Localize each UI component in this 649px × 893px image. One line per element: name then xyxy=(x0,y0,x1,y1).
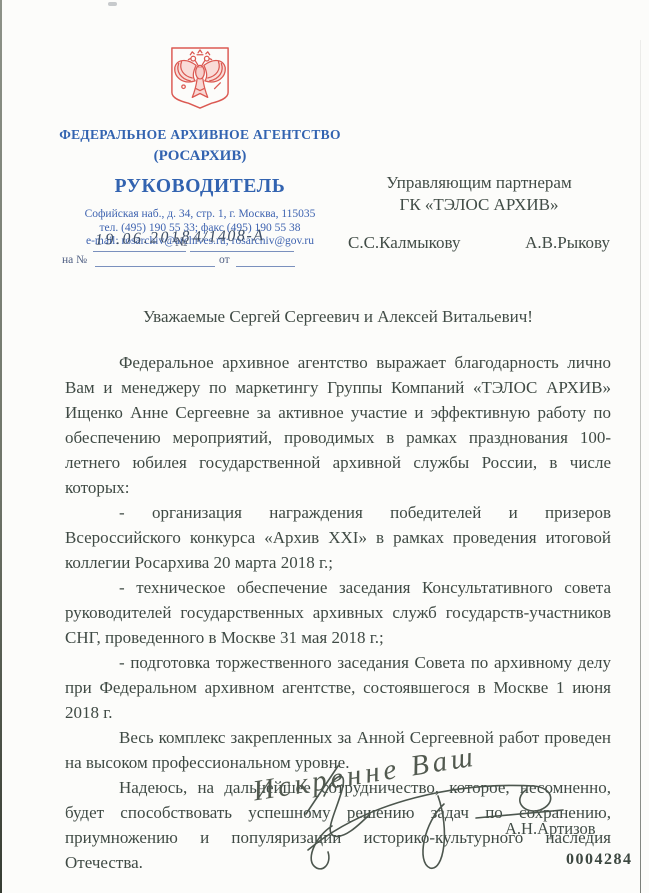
salutation: Уважаемые Сергей Сергеевич и Алексей Вит… xyxy=(65,307,611,327)
addressee-name-right: А.В.Рыкову xyxy=(525,233,610,253)
paragraph-bullet: - подготовка торжественного заседания Со… xyxy=(65,650,611,725)
addressee-line2: ГК «ТЭЛОС АРХИВ» xyxy=(348,194,610,216)
reply-from-label: от xyxy=(219,254,230,266)
scanned-letter-page: { "letterhead": { "emblem": "russian-coa… xyxy=(0,0,649,893)
addressee-line1: Управляющим партнерам xyxy=(348,172,610,194)
signature-flourish xyxy=(298,752,568,882)
signer-name: А.Н.Артизов xyxy=(505,819,596,839)
form-line xyxy=(93,251,186,252)
addressee-name-left: С.С.Калмыкову xyxy=(348,233,461,253)
stamp-number: 0004284 xyxy=(566,851,633,869)
scan-edge-right xyxy=(640,40,641,893)
form-line xyxy=(190,251,294,252)
form-line xyxy=(95,266,215,267)
org-short-name: (РОСАРХИВ) xyxy=(40,148,360,165)
handwritten-outgoing-number: 4/1408-А xyxy=(193,227,265,247)
org-name: ФЕДЕРАЛЬНОЕ АРХИВНОЕ АГЕНТСТВО xyxy=(40,127,360,143)
paragraph-bullet: - организация награждения победителей и … xyxy=(65,500,611,575)
coat-of-arms-icon xyxy=(169,45,231,111)
reply-to-label: на № xyxy=(62,254,87,266)
paragraph: Федеральное архивное агентство выражает … xyxy=(65,350,611,500)
scan-edge-left xyxy=(0,0,2,893)
form-line xyxy=(236,266,295,267)
number-sign: № xyxy=(175,234,187,250)
paragraph-bullet: - техническое обеспечение заседания Конс… xyxy=(65,575,611,650)
org-address-line1: Софийская наб., д. 34, стр. 1, г. Москва… xyxy=(40,208,360,222)
scan-smudge xyxy=(108,2,117,6)
org-role-title: РУКОВОДИТЕЛЬ xyxy=(40,176,360,198)
addressee-block: Управляющим партнерам ГК «ТЭЛОС АРХИВ» С… xyxy=(348,172,610,253)
letterhead: ФЕДЕРАЛЬНОЕ АРХИВНОЕ АГЕНТСТВО (РОСАРХИВ… xyxy=(40,45,360,249)
